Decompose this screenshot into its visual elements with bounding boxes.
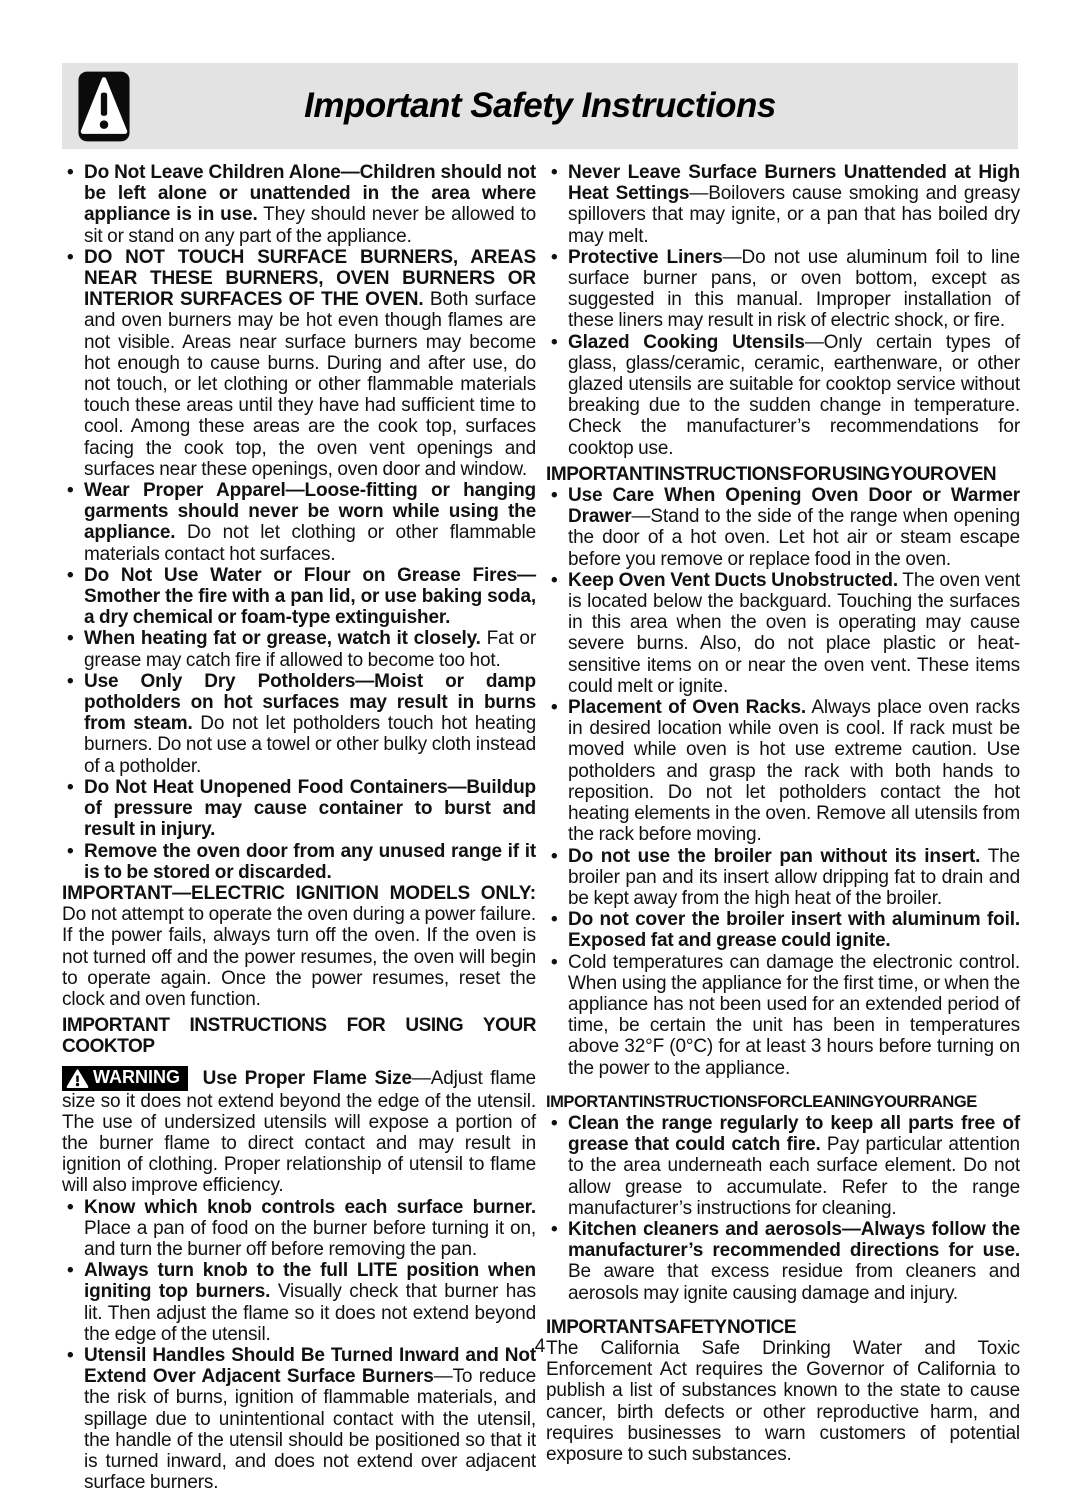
text-segment: Do not attempt to operate the oven durin… (62, 904, 536, 1010)
safety-bullet-item: •Kitchen cleaners and aerosols—Always fo… (546, 1219, 1020, 1304)
text-segment: Always place oven racks in desired locat… (568, 697, 1020, 845)
manual-page: Important Safety Instructions •Do Not Le… (0, 0, 1080, 1397)
warning-badge-label: WARNING (93, 1067, 180, 1088)
safety-bullet-item: •Utensil Handles Should Be Turned Inward… (62, 1345, 536, 1493)
bullet-marker: • (551, 162, 558, 183)
safety-bullet-item: •Cold temperatures can damage the electr… (546, 952, 1020, 1079)
text-segment: When heating fat or grease, watch it clo… (84, 628, 481, 649)
text-segment: Do not cover the broiler insert with alu… (568, 909, 1020, 951)
safety-bullet-item: •Always turn knob to the full LITE posit… (62, 1260, 536, 1345)
text-segment: —Stand to the side of the range when ope… (568, 506, 1020, 569)
safety-bullet-item: •Placement of Oven Racks. Always place o… (546, 697, 1020, 845)
bullet-marker: • (551, 332, 558, 353)
bullet-marker: • (67, 247, 74, 268)
text-segment: Cold temperatures can damage the electro… (568, 952, 1020, 1079)
bullet-marker: • (67, 480, 74, 501)
text-segment: Glazed Cooking Utensils (568, 332, 805, 353)
text-segment: Placement of Oven Racks. (568, 697, 806, 718)
page-header: Important Safety Instructions (62, 63, 1018, 149)
text-segment: Both surface and oven burners may be hot… (84, 289, 536, 480)
section-heading: IMPORTANT SAFETY NOTICE (546, 1317, 1020, 1338)
bullet-marker: • (67, 628, 74, 649)
safety-bullet-item: •Protective Liners—Do not use aluminum f… (546, 247, 1020, 332)
bullet-marker: • (67, 565, 74, 586)
text-segment: IMPORTANT INSTRUCTIONS FOR CLEANING YOUR… (546, 1093, 977, 1111)
bullet-marker: • (551, 909, 558, 930)
safety-bullet-item: •Do Not Use Water or Flour on Grease Fir… (62, 565, 536, 629)
text-segment: Do not use the broiler pan without its i… (568, 846, 980, 867)
safety-bullet-item: •Use Care When Opening Oven Door or Warm… (546, 485, 1020, 570)
text-segment: Keep Oven Vent Ducts Unobstructed. (568, 570, 898, 591)
page-title: Important Safety Instructions (62, 63, 1018, 149)
safety-bullet-item: •When heating fat or grease, watch it cl… (62, 628, 536, 670)
left-column: •Do Not Leave Children Alone—Children sh… (62, 162, 536, 1493)
bullet-marker: • (67, 671, 74, 692)
section-heading: IMPORTANT INSTRUCTIONS FOR USING YOUR OV… (546, 464, 1020, 485)
safety-bullet-item: •Know which knob controls each surface b… (62, 1197, 536, 1261)
safety-bullet-item: •Wear Proper Apparel—Loose-fitting or ha… (62, 480, 536, 565)
safety-bullet-item: •Clean the range regularly to keep all p… (546, 1113, 1020, 1219)
text-segment: IMPORTANT SAFETY NOTICE (546, 1317, 796, 1338)
section-heading: IMPORTANT INSTRUCTIONS FOR CLEANING YOUR… (546, 1092, 1020, 1113)
text-segment: IMPORTANT INSTRUCTIONS FOR USING YOUR OV… (546, 464, 996, 485)
safety-bullet-item: •Do Not Heat Unopened Food Containers—Bu… (62, 777, 536, 841)
bullet-marker: • (67, 777, 74, 798)
warning-triangle-icon (78, 71, 130, 147)
text-segment: Be aware that excess residue from cleane… (568, 1261, 1020, 1303)
page-number: 4 (0, 1336, 1080, 1358)
safety-bullet-item: •Glazed Cooking Utensils—Only certain ty… (546, 332, 1020, 459)
safety-bullet-item: •Do Not Leave Children Alone—Children sh… (62, 162, 536, 247)
content-columns: •Do Not Leave Children Alone—Children sh… (62, 162, 1020, 1493)
right-column: •Never Leave Surface Burners Unattended … (546, 162, 1020, 1493)
safety-bullet-item: •Never Leave Surface Burners Unattended … (546, 162, 1020, 247)
bullet-marker: • (67, 1260, 74, 1281)
bullet-marker: • (551, 1113, 558, 1134)
safety-bullet-item: •DO NOT TOUCH SURFACE BURNERS, AREAS NEA… (62, 247, 536, 480)
text-segment: Use Proper Flame Size (203, 1068, 412, 1089)
text-segment: Remove the oven door from any unused ran… (84, 841, 536, 883)
text-segment: Know which knob controls each surface bu… (84, 1197, 536, 1218)
bullet-marker: • (551, 485, 558, 506)
paragraph: IMPORTANT—ELECTRIC IGNITION MODELS ONLY:… (62, 883, 536, 1010)
bullet-marker: • (551, 247, 558, 268)
section-heading: IMPORTANT INSTRUCTIONS FOR USING YOUR CO… (62, 1015, 536, 1057)
warning-badge: WARNING (62, 1066, 188, 1091)
text-segment: Kitchen cleaners and aerosols—Always fol… (568, 1219, 1020, 1261)
bullet-marker: • (551, 697, 558, 718)
bullet-marker: • (67, 162, 74, 183)
safety-bullet-item: •Use Only Dry Potholders—Moist or damp p… (62, 671, 536, 777)
safety-bullet-item: •Do not cover the broiler insert with al… (546, 909, 1020, 951)
bullet-marker: • (551, 570, 558, 591)
safety-bullet-item: •Remove the oven door from any unused ra… (62, 841, 536, 883)
text-segment: IMPORTANT INSTRUCTIONS FOR USING YOUR CO… (62, 1015, 536, 1057)
text-segment: IMPORTANT—ELECTRIC IGNITION MODELS ONLY: (62, 883, 536, 904)
text-segment: Do Not Heat Unopened Food Containers—Bui… (84, 777, 536, 840)
safety-bullet-item: •Do not use the broiler pan without its … (546, 846, 1020, 910)
text-segment: Place a pan of food on the burner before… (84, 1218, 536, 1260)
warning-triangle-icon (66, 1068, 89, 1089)
safety-bullet-item: •Keep Oven Vent Ducts Unobstructed. The … (546, 570, 1020, 697)
text-segment: Do Not Use Water or Flour on Grease Fire… (84, 565, 536, 628)
text-segment: Protective Liners (568, 247, 723, 268)
bullet-marker: • (67, 841, 74, 862)
bullet-marker: • (67, 1197, 74, 1218)
bullet-marker: • (551, 846, 558, 867)
bullet-marker: • (551, 1219, 558, 1240)
warning-note: WARNING Use Proper Flame Size—Adjust fla… (62, 1066, 536, 1197)
bullet-marker: • (551, 952, 558, 973)
